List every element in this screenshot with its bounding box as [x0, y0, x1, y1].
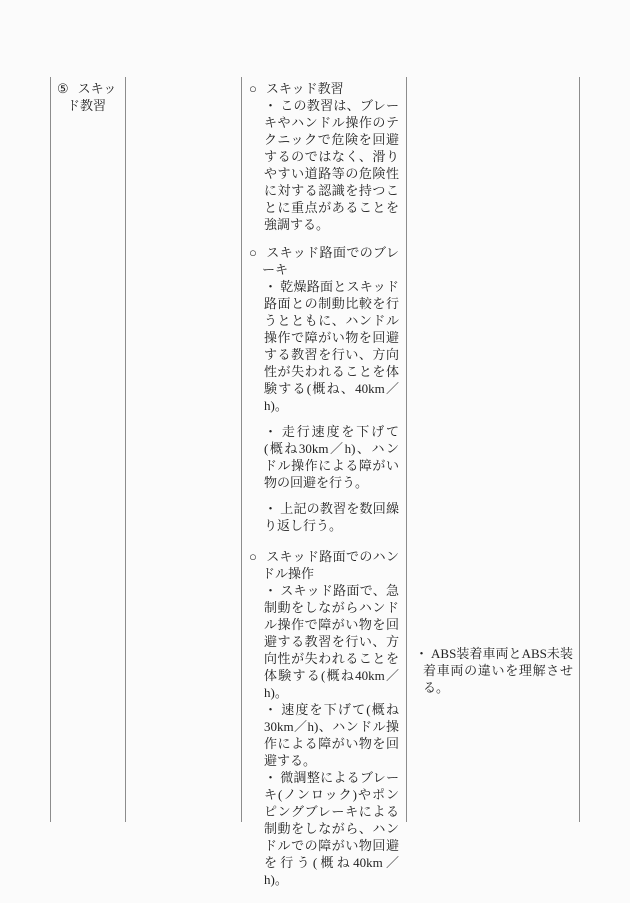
empty-cell: [126, 77, 242, 822]
circle-marker: ○: [249, 549, 257, 564]
circle-marker: ○: [249, 245, 257, 260]
bullet-text: この教習は、ブレーキやハンドル操作のテクニックで危険を回避するのではなく、滑りや…: [264, 98, 399, 232]
bullet-marker: ・: [264, 424, 279, 439]
bullet-text: 速度を下げて(概ね30km／h)、ハンドル操作による障がい物を回避する。: [264, 702, 399, 768]
training-curriculum-table: ⑤スキッド教習 ○スキッド教習 ・この教習は、ブレーキやハンドル操作のテクニック…: [50, 77, 581, 822]
bullet-marker: ・: [264, 702, 278, 717]
section-heading-text: スキッド教習: [266, 81, 344, 96]
bullet-item: ・上記の教習を数回繰り返し行う。: [264, 500, 399, 534]
notes-cell: ・ABS装着車両とABS未装着車両の違いを理解させる。: [407, 77, 580, 822]
section-heading: ○スキッド教習: [249, 80, 399, 97]
section-skid-braking: ○スキッド路面でのブレーキ ・乾燥路面とスキッド路面との制動比較を行うとともに、…: [249, 244, 399, 534]
bullet-text: 乾燥路面とスキッド路面との制動比較を行うとともに、ハンドル操作で障がい物を回避す…: [264, 279, 399, 413]
section-skid-steering: ○スキッド路面でのハンドル操作 ・スキッド路面で、急制動をしながらハンドル操作で…: [249, 548, 399, 888]
section-heading-text: スキッド路面でのブレーキ: [262, 245, 399, 277]
bullet-item: ・乾燥路面とスキッド路面との制動比較を行うとともに、ハンドル操作で障がい物を回避…: [264, 278, 399, 414]
bullet-marker: ・: [264, 279, 277, 294]
bullet-marker: ・: [264, 583, 277, 598]
bullet-text: 上記の教習を数回繰り返し行う。: [264, 501, 399, 533]
bullet-item: ・走行速度を下げて(概ね30km／h)、ハンドル操作による障がい物の回避を行う。: [264, 423, 399, 491]
training-content-cell: ○スキッド教習 ・この教習は、ブレーキやハンドル操作のテクニックで危険を回避する…: [242, 77, 407, 822]
bullet-text: スキッド路面で、急制動をしながらハンドル操作で障がい物を回避する教習を行い、方向…: [264, 583, 399, 700]
section-heading: ○スキッド路面でのハンドル操作: [249, 548, 399, 582]
section-heading: ○スキッド路面でのブレーキ: [249, 244, 399, 278]
bullet-marker: ・: [264, 770, 277, 785]
section-heading-text: スキッド路面でのハンドル操作: [262, 549, 399, 581]
bullet-item: ・この教習は、ブレーキやハンドル操作のテクニックで危険を回避するのではなく、滑り…: [264, 97, 399, 233]
item-label: ⑤スキッド教習: [57, 80, 123, 114]
item-number-cell: ⑤スキッド教習: [51, 77, 126, 822]
bullet-marker: ・: [415, 646, 428, 661]
circle-marker: ○: [249, 81, 257, 96]
bullet-item: ・微調整によるブレーキ(ノンロック)やポンピングブレーキによる制動をしながら、ハ…: [264, 769, 399, 888]
abs-note-text: ABS装着車両とABS未装着車両の違いを理解させる。: [423, 646, 573, 695]
bullet-text: 微調整によるブレーキ(ノンロック)やポンピングブレーキによる制動をしながら、ハン…: [264, 770, 399, 887]
circled-number-marker: ⑤: [57, 81, 69, 96]
bullet-marker: ・: [264, 501, 277, 516]
bullet-text: 走行速度を下げて(概ね30km／h)、ハンドル操作による障がい物の回避を行う。: [264, 424, 399, 490]
bullet-item: ・スキッド路面で、急制動をしながらハンドル操作で障がい物を回避する教習を行い、方…: [264, 582, 399, 701]
bullet-item: ・速度を下げて(概ね30km／h)、ハンドル操作による障がい物を回避する。: [264, 701, 399, 769]
item-label-text: スキッド教習: [67, 81, 116, 113]
abs-note-bullet: ・ABS装着車両とABS未装着車両の違いを理解させる。: [415, 645, 573, 696]
section-skid-training: ○スキッド教習 ・この教習は、ブレーキやハンドル操作のテクニックで危険を回避する…: [249, 80, 399, 233]
bullet-marker: ・: [264, 98, 277, 113]
